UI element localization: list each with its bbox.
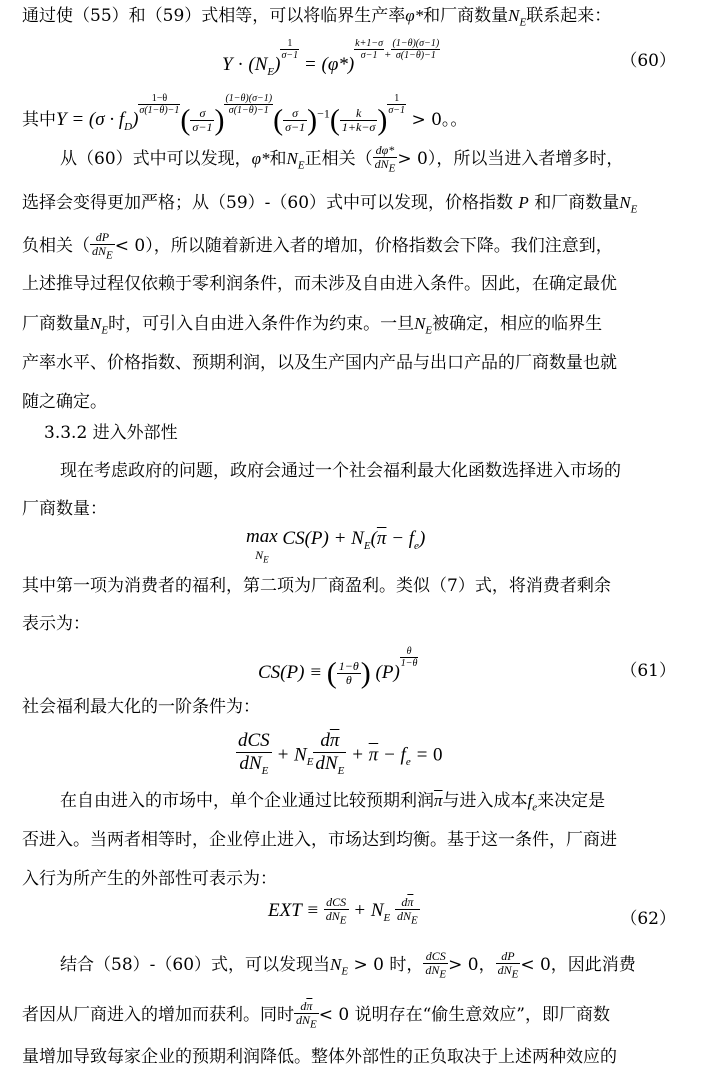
math-NE: NE	[287, 149, 305, 168]
section-title: 3.3.2 进入外部性	[44, 423, 178, 443]
math-P: P	[518, 193, 528, 212]
text: 结合（58）-（60）式，可以发现当	[60, 955, 330, 975]
text: < 0），所以随着新进入者的增加，价格指数会下降。我们注意到，	[115, 236, 613, 256]
paragraph-line: 否进入。当两者相等时，企业停止进入，市场达到均衡。基于这一条件，厂商进	[22, 827, 684, 853]
section-heading: 3.3.2 进入外部性	[44, 420, 684, 446]
equation-max-welfare: maxNE CS(P) + NE(π − fe)	[246, 528, 425, 568]
equation-number: （61）	[620, 656, 676, 681]
equation-number: （60）	[620, 46, 676, 71]
text: 其中第一项为消费者的福利，第二项为厂商盈利。类似（7）式，将消费者剩余	[22, 576, 611, 596]
equation-60: Y · (NE)1σ−1 = (φ*)k+1−σσ−1+(1−θ)(σ−1)σ(…	[222, 38, 440, 78]
text: 与进入成本	[443, 791, 528, 811]
equation-number: （62）	[620, 904, 676, 929]
paragraph-line: 者因从厂商进入的增加而获利。同时dπdNE< 0 说明存在“偷生意效应”，即厂商…	[22, 1000, 684, 1031]
paragraph-line: 量增加导致每家企业的预期利润降低。整体外部性的正负取决于上述两种效应的	[22, 1044, 684, 1070]
paragraph-line: 从（60）式中可以发现，φ*和NE正相关（dφ*dNE> 0），所以当进入者增多…	[60, 144, 684, 179]
text: 表示为：	[22, 614, 90, 634]
text: > 0。。	[411, 110, 467, 130]
paragraph-line: 产率水平、价格指数、预期利润，以及生产国内产品与出口产品的厂商数量也就	[22, 350, 684, 376]
math-NE: NE	[330, 955, 348, 974]
paragraph-line: 结合（58）-（60）式，可以发现当NE > 0 时，dCSdNE> 0，dPd…	[60, 950, 684, 985]
math-NE: NE	[90, 314, 108, 333]
paragraph-line: 在自由进入的市场中，单个企业通过比较预期利润π与进入成本fe来决定是	[60, 788, 684, 820]
text: 社会福利最大化的一阶条件为：	[22, 697, 260, 717]
math-NE: NE	[619, 193, 637, 212]
text: 从（60）式中可以发现，	[60, 149, 252, 169]
text: 联系起来：	[526, 6, 611, 26]
text: 时，可引入自由进入条件作为约束。一旦	[108, 314, 414, 334]
paragraph-line: 入行为所产生的外部性可表示为：	[22, 866, 684, 892]
text: 厂商数量：	[22, 499, 107, 519]
text: < 0，因此消费	[520, 955, 635, 975]
math-NE: NE	[414, 314, 432, 333]
text: 选择会变得更加严格；从（59）-（60）式中可以发现，价格指数	[22, 193, 513, 213]
paragraph-line: 负相关（dPdNE< 0），所以随着新进入者的增加，价格指数会下降。我们注意到，	[22, 231, 684, 262]
text: > 0，	[448, 955, 495, 975]
text: 和厂商数量	[534, 193, 619, 213]
paragraph-line: 表示为：	[22, 611, 684, 637]
text: 通过使（55）和（59）式相等，可以将临界生产率	[22, 6, 405, 26]
paragraph-line: 现在考虑政府的问题，政府会通过一个社会福利最大化函数选择进入市场的	[60, 458, 684, 484]
math-NE: NE	[508, 6, 526, 25]
text: 正相关（	[305, 149, 373, 169]
math-pi-bar: π	[434, 791, 443, 810]
text: < 0 说明存在“偷生意效应”，即厂商数	[319, 1005, 610, 1025]
text: 上述推导过程仅依赖于零利润条件，而未涉及自由进入条件。因此，在确定最优	[22, 274, 617, 294]
text: > 0），所以当进入者增多时，	[397, 149, 623, 169]
text: 来决定是	[537, 791, 605, 811]
equation-61: CS(P) ≡ (1−θθ) (P)θ1−θ	[258, 646, 418, 691]
fraction-dP-dNE: dPdNE	[90, 231, 115, 262]
fraction-dP-dNE: dPdNE	[496, 950, 521, 981]
text: 和	[270, 149, 287, 169]
fraction-dpi-dNE: dπdNE	[294, 1000, 319, 1031]
text: 被确定，相应的临界生	[432, 314, 602, 334]
fraction-dphi-dNE: dφ*dNE	[373, 144, 398, 175]
paragraph-line: 上述推导过程仅依赖于零利润条件，而未涉及自由进入条件。因此，在确定最优	[22, 271, 684, 297]
equation-62: EXT ≡ dCSdNE + NE dπdNE	[268, 896, 420, 927]
fraction-dCS-dNE: dCSdNE	[423, 950, 448, 981]
text: 量增加导致每家企业的预期利润降低。整体外部性的正负取决于上述两种效应的	[22, 1047, 617, 1067]
text: 负相关（	[22, 236, 90, 256]
text: 在自由进入的市场中，单个企业通过比较预期利润	[60, 791, 434, 811]
text: 和厂商数量	[423, 6, 508, 26]
paragraph-line: 厂商数量NE时，可引入自由进入条件作为约束。一旦NE被确定，相应的临界生	[22, 311, 684, 343]
paragraph-line: 通过使（55）和（59）式相等，可以将临界生产率φ*和厂商数量NE联系起来：	[22, 3, 684, 35]
text: 产率水平、价格指数、预期利润，以及生产国内产品与出口产品的厂商数量也就	[22, 353, 617, 373]
paragraph-line: 厂商数量：	[22, 496, 684, 522]
paragraph-line: 社会福利最大化的一阶条件为：	[22, 694, 684, 720]
text: 现在考虑政府的问题，政府会通过一个社会福利最大化函数选择进入市场的	[60, 461, 621, 481]
paragraph-line: 其中第一项为消费者的福利，第二项为厂商盈利。类似（7）式，将消费者剩余	[22, 573, 684, 599]
paragraph-line: 其中Y = (σ · fD)1−θσ(1−θ)−1(σσ−1)(1−θ)(σ−1…	[22, 93, 684, 144]
math-phi-star: φ*	[405, 6, 423, 25]
equation-foc: dCSdNE + NEdπdNE + π − fe = 0	[236, 730, 443, 782]
text: 随之确定。	[22, 392, 107, 412]
math-fe: fe	[528, 791, 538, 810]
text: 入行为所产生的外部性可表示为：	[22, 869, 277, 889]
text: 厂商数量	[22, 314, 90, 334]
text: 者因从厂商进入的增加而获利。同时	[22, 1005, 294, 1025]
math-phi-star: φ*	[252, 149, 270, 168]
paragraph-line: 随之确定。	[22, 389, 684, 415]
text: 其中	[22, 110, 56, 130]
paragraph-line: 选择会变得更加严格；从（59）-（60）式中可以发现，价格指数 P 和厂商数量N…	[22, 190, 684, 222]
text: > 0 时，	[354, 955, 424, 975]
text: 否进入。当两者相等时，企业停止进入，市场达到均衡。基于这一条件，厂商进	[22, 830, 617, 850]
